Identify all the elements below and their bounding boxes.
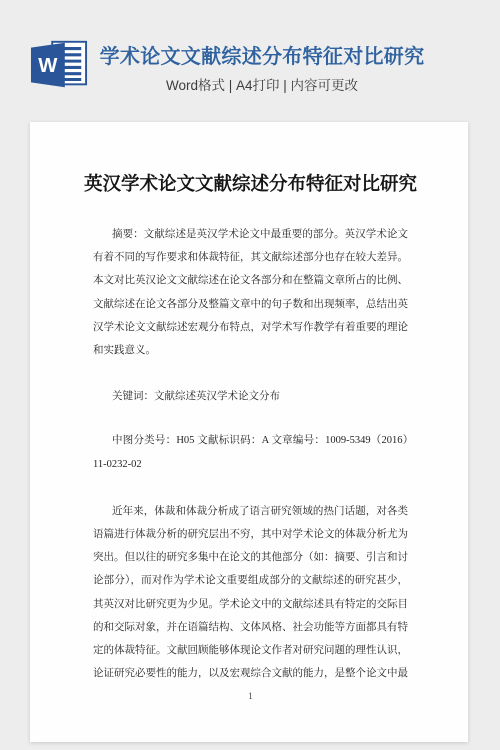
classification-line: 中图分类号：H05 文献标识码：A 文章编号：1009-5349（2016）11… <box>93 429 408 475</box>
abstract-paragraph: 摘要：文献综述是英汉学术论文中最重要的部分。英汉学术论文有着不同的写作要求和体裁… <box>93 223 408 362</box>
word-icon: W <box>30 40 88 90</box>
keywords-line: 关键词：文献综述英汉学术论文分布 <box>93 385 408 408</box>
page-title: 学术论文文献综述分布特征对比研究 <box>92 44 432 70</box>
document-page: 英汉学术论文文献综述分布特征对比研究 摘要：文献综述是英汉学术论文中最重要的部分… <box>30 122 468 742</box>
document-title: 英汉学术论文文献综述分布特征对比研究 <box>83 172 418 198</box>
page-number: 1 <box>93 689 408 703</box>
body-paragraph: 近年来，体裁和体裁分析成了语言研究领域的热门话题，对各类语篇进行体裁分析的研究层… <box>93 500 408 686</box>
document-header: W 学术论文文献综述分布特征对比研究 Word格式 | A4打印 | 内容可更改 <box>0 0 500 122</box>
page-subtitle: Word格式 | A4打印 | 内容可更改 <box>92 76 432 96</box>
word-icon-letter: W <box>38 55 58 77</box>
